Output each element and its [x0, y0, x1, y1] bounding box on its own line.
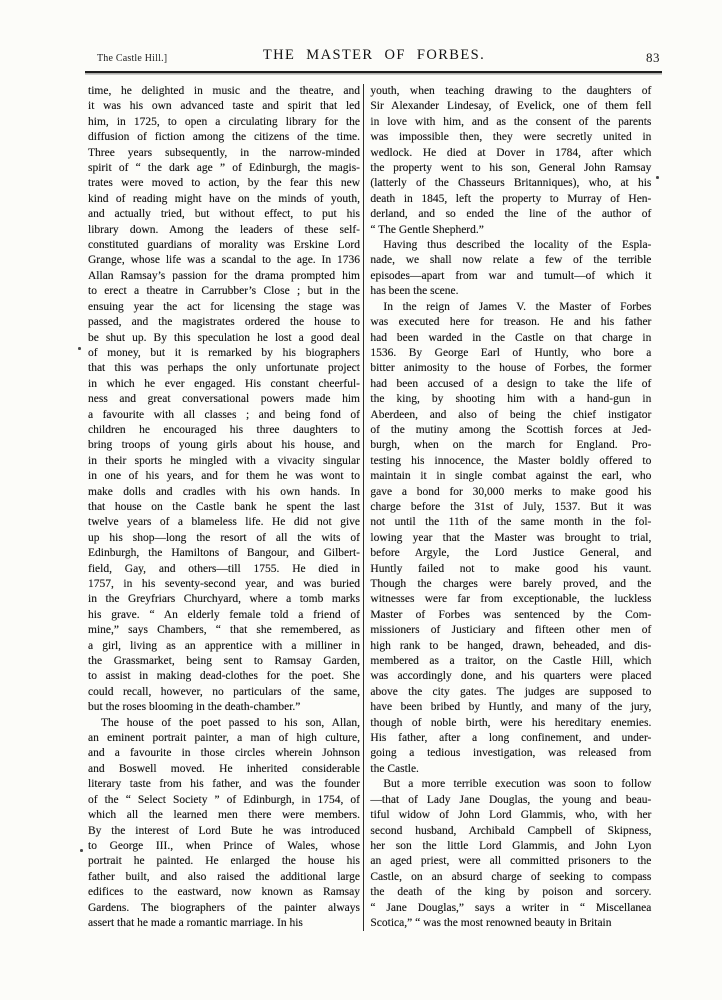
text-line: kind of reading might have on the minds …	[88, 192, 360, 207]
text-line: Three years subsequently, in the narrow-…	[88, 146, 360, 161]
text-line: the Castle.	[370, 762, 651, 777]
text-line: literary taste from his father, and was …	[88, 777, 360, 792]
text-line: episodes—apart from war and tumult—of wh…	[370, 269, 651, 284]
text-line: of the “ Select Society ” of Edinburgh, …	[88, 793, 360, 808]
text-line: could recall, however, no particulars of…	[88, 685, 360, 700]
text-line: Master of Forbes was sentenced by the Co…	[370, 608, 651, 623]
text-line: that house on the Castle bank he spent t…	[88, 500, 360, 515]
text-line: In the reign of James V. the Master of F…	[370, 300, 651, 315]
text-line: edifices to the eastward, now known as R…	[88, 885, 360, 900]
paragraph: In the reign of James V. the Master of F…	[370, 300, 651, 778]
text-line: him, in 1725, to open a circulating libr…	[88, 115, 360, 130]
column-divider-rule	[363, 84, 364, 931]
text-line: in which he ever engaged. His constant c…	[88, 377, 360, 392]
text-line: not until the 11th of the same month in …	[370, 515, 651, 530]
text-line: witnesses were far from exceptionable, t…	[370, 592, 651, 607]
text-line: Aberdeen, and also of being the chief in…	[370, 408, 651, 423]
text-line: Allan Ramsay’s passion for the drama pro…	[88, 269, 360, 284]
text-line: death in 1845, left the property to Murr…	[370, 192, 651, 207]
text-line: was executed here for treason. He and hi…	[370, 315, 651, 330]
text-line: passed, and the magistrates ordered the …	[88, 315, 360, 330]
paragraph: The house of the poet passed to his son,…	[88, 716, 360, 932]
text-line: trates were moved to action, by the fear…	[88, 176, 360, 191]
text-line: the king, by shooting him with a hand-gu…	[370, 392, 651, 407]
text-line: to erect a theatre in Carrubber’s Close …	[88, 284, 360, 299]
text-line: derland, and so ended the line of the au…	[370, 207, 651, 222]
text-line: had been accused of a design to take the…	[370, 377, 651, 392]
text-line: mine,” says Chambers, “ that she remembe…	[88, 623, 360, 638]
text-line: His father, after a long confinement, an…	[370, 731, 651, 746]
text-line: twelve years of a blameless life. He did…	[88, 515, 360, 530]
scan-speck	[78, 347, 81, 350]
text-line: tiful widow of John Lord Glammis, who, w…	[370, 808, 651, 823]
text-line: Having thus described the locality of th…	[370, 238, 651, 253]
book-page: The Castle Hill.] THE MASTER OF FORBES. …	[0, 0, 722, 1000]
paragraph: youth, when teaching drawing to the daug…	[370, 84, 651, 238]
text-line: “ The Gentle Shepherd.”	[370, 223, 651, 238]
text-line: the death of the king by poison and sorc…	[370, 885, 651, 900]
text-line: diffusion of fiction among the citizens …	[88, 130, 360, 145]
text-line: in the Greyfriars Churchyard, where a to…	[88, 592, 360, 607]
text-line: to George III., when Prince of Wales, wh…	[88, 839, 360, 854]
text-line: and actually tried, but without effect, …	[88, 207, 360, 222]
text-line: Gardens. The biographers of the painter …	[88, 901, 360, 916]
text-line: a girl, living as an apprentice with a m…	[88, 639, 360, 654]
text-line: before Argyle, the Lord Justice General,…	[370, 546, 651, 561]
text-line: though of noble birth, were his heredita…	[370, 716, 651, 731]
paragraph: But a more terrible execution was soon t…	[370, 777, 651, 931]
text-line: “ Jane Douglas,” says a writer in “ Misc…	[370, 901, 651, 916]
text-line: up his shop—long the resort of all the w…	[88, 531, 360, 546]
text-line: membered as a traitor, on the Castle Hil…	[370, 654, 651, 669]
text-line: and a favourite in those circles wherein…	[88, 746, 360, 761]
text-line: an eminent portrait painter, a man of hi…	[88, 731, 360, 746]
page-number: 83	[646, 50, 660, 66]
text-columns: time, he delighted in music and the thea…	[88, 84, 651, 931]
text-line: make dolls and cradles with his own hand…	[88, 485, 360, 500]
text-line: in their sports he mingled with a vivaci…	[88, 454, 360, 469]
text-line: his grave. “ An elderly female told a fr…	[88, 608, 360, 623]
header-rule	[85, 71, 662, 73]
text-line: and Boswell moved. He inherited consider…	[88, 762, 360, 777]
text-line: nade, we shall now relate a few of the t…	[370, 253, 651, 268]
text-line: charge before the 31st of July, 1537. Bu…	[370, 500, 651, 515]
text-line: Scotica,” “ was the most renowned beauty…	[370, 916, 651, 931]
text-line: portrait he painted. He enlarged the hou…	[88, 854, 360, 869]
text-line: of money, but it is remarked by his biog…	[88, 346, 360, 361]
text-line: father built, and also raised the additi…	[88, 870, 360, 885]
text-line: wedlock. He died at Dover in 1784, after…	[370, 146, 651, 161]
left-text-column: time, he delighted in music and the thea…	[88, 84, 360, 931]
text-line: that this was perhaps the only unfortuna…	[88, 361, 360, 376]
text-line: in one of his years, and for them he was…	[88, 469, 360, 484]
text-line: going a tedious investigation, was relea…	[370, 746, 651, 761]
text-line: Huntly failed not to make good his vaunt…	[370, 562, 651, 577]
scan-speck	[80, 849, 83, 852]
text-line: lowing year that the Master was brought …	[370, 531, 651, 546]
text-line: ensuing year the act for licensing the s…	[88, 300, 360, 315]
text-line: a favourite with all classes ; and being…	[88, 408, 360, 423]
text-line: Though the charges were barely proved, a…	[370, 577, 651, 592]
page-header: The Castle Hill.] THE MASTER OF FORBES. …	[86, 47, 662, 67]
text-line: have been bribed by Huntly, and many of …	[370, 700, 651, 715]
text-line: children he encouraged his three daughte…	[88, 423, 360, 438]
scan-speck	[656, 176, 659, 179]
text-line: has been the scene.	[370, 284, 651, 299]
text-line: it was his own advanced taste and spirit…	[88, 99, 360, 114]
text-line: By the interest of Lord Bute he was intr…	[88, 824, 360, 839]
text-line: Sir Alexander Lindesay, of Evelick, one …	[370, 99, 651, 114]
paragraph: Having thus described the locality of th…	[370, 238, 651, 300]
text-line: bitter animosity to the house of Forbes,…	[370, 361, 651, 376]
text-line: to assist in making dead-clothes for the…	[88, 669, 360, 684]
text-line: Edinburgh, the Hamiltons of Bangour, and…	[88, 546, 360, 561]
text-line: gave a bond for 30,000 merks to make goo…	[370, 485, 651, 500]
text-line: Castle, on an absurd charge of seeking t…	[370, 870, 651, 885]
text-line: 1757, in his seventy-second year, and wa…	[88, 577, 360, 592]
text-line: second husband, Archibald Campbell of Sk…	[370, 824, 651, 839]
text-line: But a more terrible execution was soon t…	[370, 777, 651, 792]
text-line: which all the learned men there were mem…	[88, 808, 360, 823]
text-line: ness and great conversational powers mad…	[88, 392, 360, 407]
text-line: above the city gates. The judges are sup…	[370, 685, 651, 700]
text-line: —that of Lady Jane Douglas, the young an…	[370, 793, 651, 808]
text-line: time, he delighted in music and the thea…	[88, 84, 360, 99]
paragraph: time, he delighted in music and the thea…	[88, 84, 360, 716]
text-line: testing his innocence, the Master boldly…	[370, 454, 651, 469]
text-line: 1536. By George Earl of Huntly, who bore…	[370, 346, 651, 361]
text-line: in love with him, and as the consent of …	[370, 115, 651, 130]
text-line: her son the little Lord Glammis, and Joh…	[370, 839, 651, 854]
text-line: high rank to be hanged, drawn, beheaded,…	[370, 639, 651, 654]
text-line: (latterly of the Chasseurs Britanniques)…	[370, 176, 651, 191]
text-line: assert that he made a romantic marriage.…	[88, 916, 360, 931]
text-line: Grange, whose life was a scandal to the …	[88, 253, 360, 268]
text-line: missioners of Justiciary and fifteen oth…	[370, 623, 651, 638]
right-text-column: youth, when teaching drawing to the daug…	[370, 84, 651, 931]
text-line: youth, when teaching drawing to the daug…	[370, 84, 651, 99]
text-line: the Grassmarket, being sent to Ramsay Ga…	[88, 654, 360, 669]
text-line: the property went to his son, General Jo…	[370, 161, 651, 176]
text-line: constituted guardians of morality was Er…	[88, 238, 360, 253]
text-line: field, Gay, and others—till 1755. He die…	[88, 562, 360, 577]
text-line: had been warded in the Castle on that ch…	[370, 331, 651, 346]
text-line: bring troops of young girls about his ho…	[88, 438, 360, 453]
text-line: be shut up. By this speculation he lost …	[88, 331, 360, 346]
text-line: library down. Among the leaders of these…	[88, 223, 360, 238]
text-line: burgh, when on the march for England. Pr…	[370, 438, 651, 453]
text-line: of the mutiny among the Scottish forces …	[370, 423, 651, 438]
text-line: was impossible then, they were secretly …	[370, 130, 651, 145]
text-line: but the roses blooming in the death-cham…	[88, 700, 360, 715]
text-line: was accordingly done, and his quarters w…	[370, 669, 651, 684]
text-line: maintain it in single combat against the…	[370, 469, 651, 484]
text-line: an aged priest, were all committed priso…	[370, 854, 651, 869]
text-line: The house of the poet passed to his son,…	[88, 716, 360, 731]
text-line: spirit of “ the dark age ” of Edinburgh,…	[88, 161, 360, 176]
page-title: THE MASTER OF FORBES.	[86, 47, 662, 64]
